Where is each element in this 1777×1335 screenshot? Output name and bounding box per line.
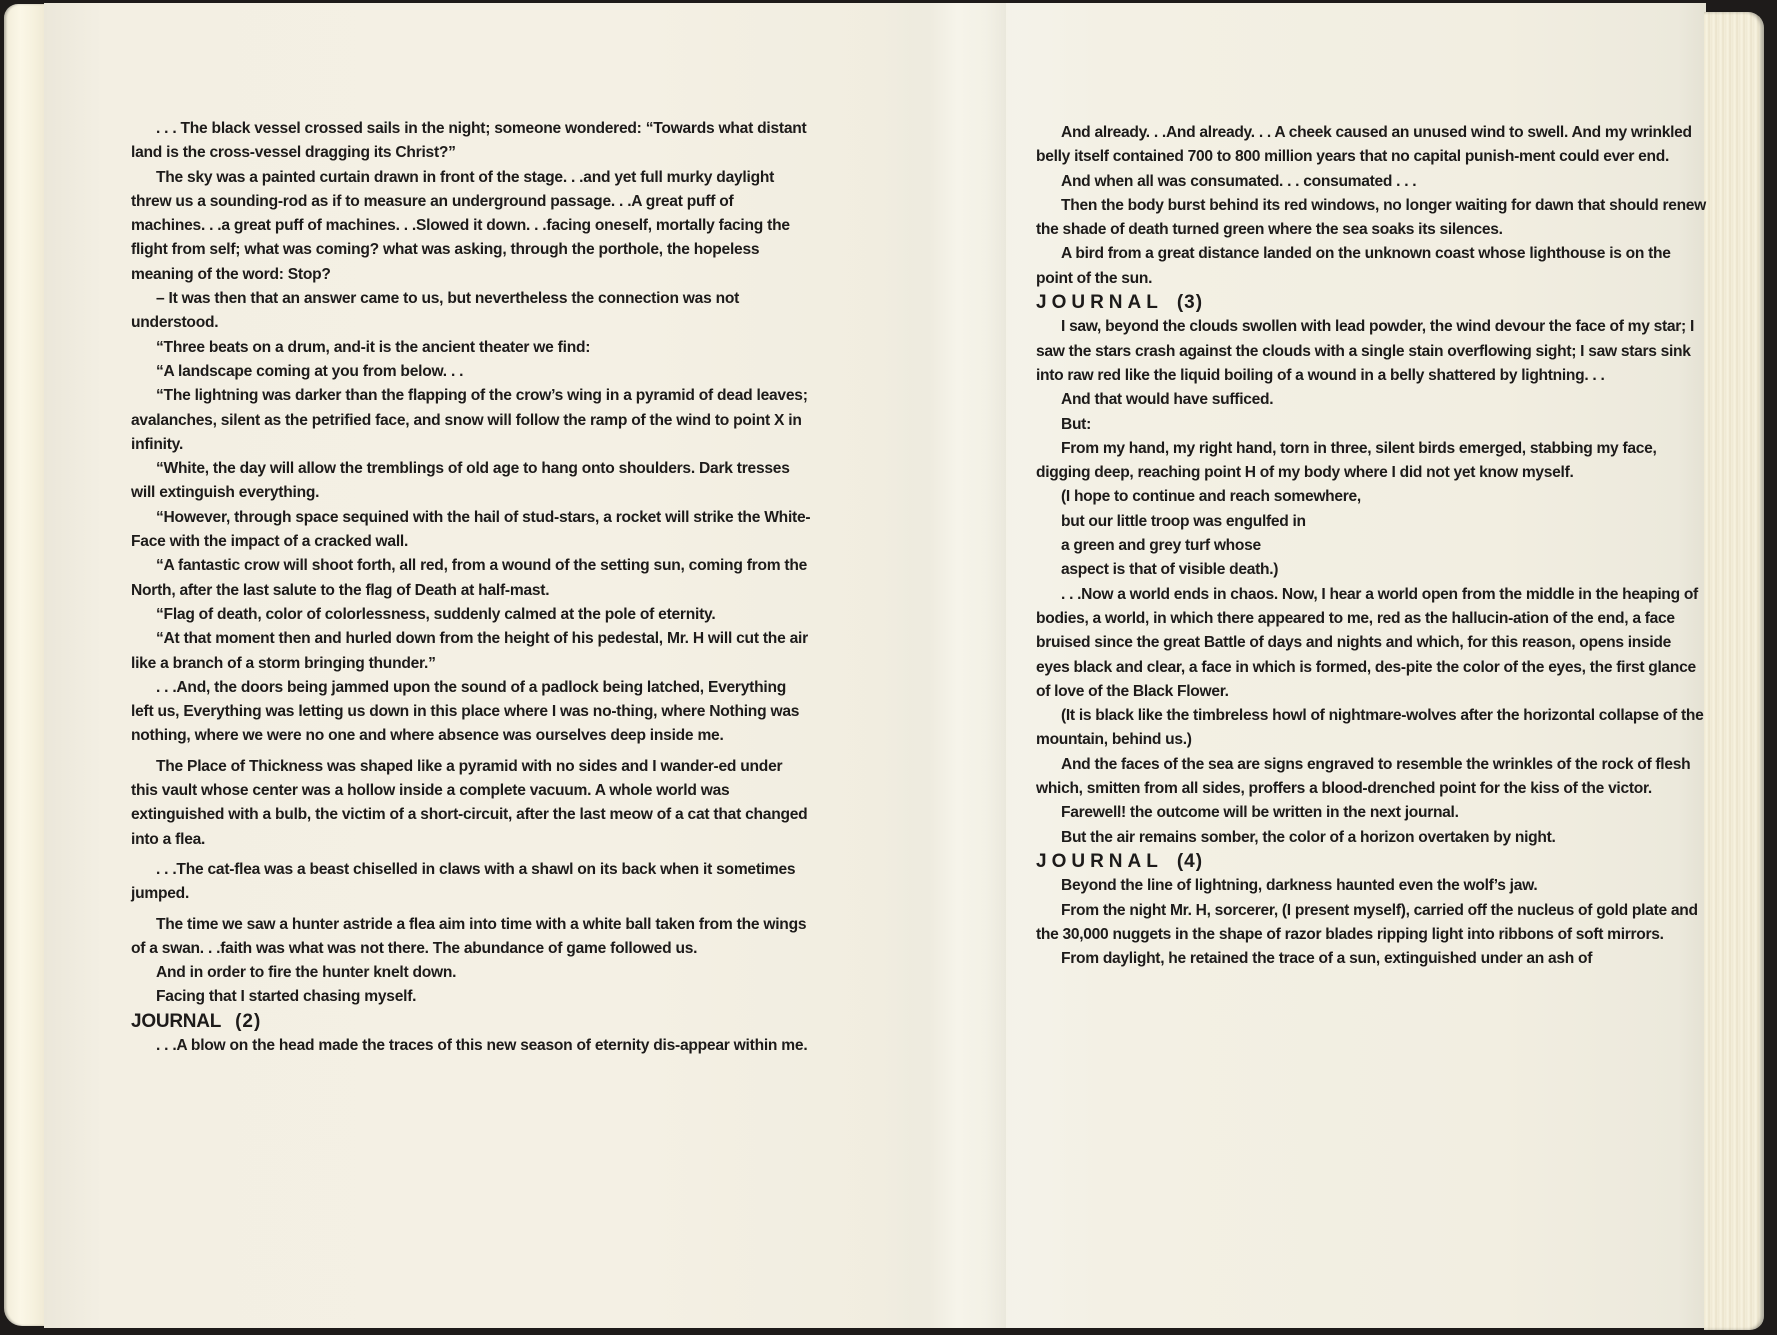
paragraph: And already. . .And already. . . A cheek…	[1036, 121, 1708, 170]
paragraph: The time we saw a hunter astride a flea …	[131, 913, 811, 962]
open-book-spread: . . . The black vessel crossed sails in …	[0, 0, 1777, 1335]
book-gutter	[880, 3, 1020, 1328]
paragraph: “At that moment then and hurled down fro…	[131, 627, 811, 676]
paragraph: “Three beats on a drum, and-it is the an…	[131, 336, 811, 360]
paragraph: From the night Mr. H, sorcerer, (I prese…	[1036, 899, 1708, 948]
paragraph: “The lightning was darker than the flapp…	[131, 384, 811, 457]
right-page-edges	[1704, 12, 1764, 1330]
heading-word: JOURNAL	[131, 1011, 221, 1032]
verse-line: aspect is that of visible death.)	[1036, 558, 1708, 582]
verse-line: a green and grey turf whose	[1036, 534, 1708, 558]
paragraph: But:	[1036, 413, 1708, 437]
paragraph: The sky was a painted curtain drawn in f…	[131, 166, 811, 287]
heading-word: JOURNAL	[1036, 292, 1163, 313]
heading-number: (2)	[235, 1011, 261, 1032]
verse-line: (I hope to continue and reach somewhere,	[1036, 485, 1708, 509]
paragraph: “A fantastic crow will shoot forth, all …	[131, 554, 811, 603]
paragraph: Then the body burst behind its red windo…	[1036, 194, 1708, 243]
paragraph: And in order to fire the hunter knelt do…	[131, 961, 811, 985]
section-heading-journal-2: JOURNAL(2)	[131, 1010, 811, 1034]
paragraph: Farewell! the outcome will be written in…	[1036, 801, 1708, 825]
paragraph: . . . The black vessel crossed sails in …	[131, 117, 811, 166]
left-page-edges	[4, 4, 46, 1326]
paragraph: (It is black like the timbreless howl of…	[1036, 704, 1708, 753]
left-page-text: . . . The black vessel crossed sails in …	[131, 117, 811, 1058]
paragraph: “However, through space sequined with th…	[131, 506, 811, 555]
paragraph: “White, the day will allow the trembling…	[131, 457, 811, 506]
paragraph: . . .The cat-flea was a beast chiselled …	[131, 858, 811, 907]
heading-number: (4)	[1177, 851, 1203, 872]
heading-word: JOURNAL	[1036, 851, 1163, 872]
paragraph: . . .A blow on the head made the traces …	[131, 1034, 811, 1058]
section-heading-journal-3: JOURNAL(3)	[1036, 291, 1708, 315]
paragraph: I saw, beyond the clouds swollen with le…	[1036, 315, 1708, 388]
paragraph: And when all was consumated. . . consuma…	[1036, 170, 1708, 194]
paragraph: And that would have sufficed.	[1036, 388, 1708, 412]
right-page-text: And already. . .And already. . . A cheek…	[1036, 121, 1708, 971]
heading-number: (3)	[1177, 292, 1203, 313]
paragraph: But the air remains somber, the color of…	[1036, 826, 1708, 850]
paragraph: The Place of Thickness was shaped like a…	[131, 755, 811, 852]
section-heading-journal-4: JOURNAL(4)	[1036, 850, 1708, 874]
paragraph: Facing that I started chasing myself.	[131, 985, 811, 1009]
paragraph: “A landscape coming at you from below. .…	[131, 360, 811, 384]
paragraph: Beyond the line of lightning, darkness h…	[1036, 874, 1708, 898]
paragraph: From my hand, my right hand, torn in thr…	[1036, 437, 1708, 486]
paragraph: . . .And, the doors being jammed upon th…	[131, 676, 811, 749]
verse-line: but our little troop was engulfed in	[1036, 510, 1708, 534]
paragraph: “Flag of death, color of colorlessness, …	[131, 603, 811, 627]
paragraph: From daylight, he retained the trace of …	[1036, 947, 1708, 971]
paragraph: . . .Now a world ends in chaos. Now, I h…	[1036, 583, 1708, 704]
paragraph: – It was then that an answer came to us,…	[131, 287, 811, 336]
paragraph: A bird from a great distance landed on t…	[1036, 242, 1708, 291]
paragraph: And the faces of the sea are signs engra…	[1036, 753, 1708, 802]
